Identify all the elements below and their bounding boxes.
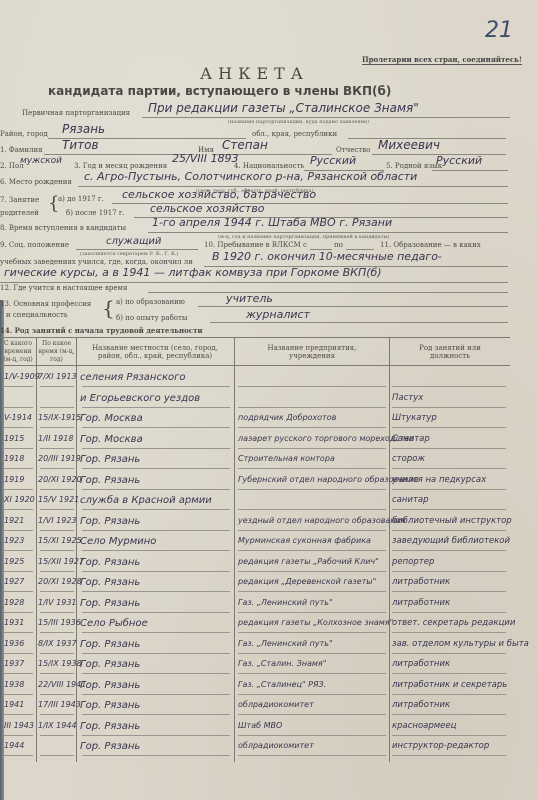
table-cell-place: Гор. Рязань <box>80 659 140 670</box>
row-line <box>3 673 33 674</box>
birth-value: 25/VIII 1893 <box>172 152 238 165</box>
row-line <box>392 468 506 469</box>
header-to: По какое время (м-ц, год) <box>37 340 76 364</box>
candidate-line <box>148 232 508 233</box>
row-line <box>238 509 386 510</box>
col-divider <box>389 337 390 762</box>
row-line <box>82 509 230 510</box>
row-line <box>238 612 386 613</box>
surname-value: Титов <box>62 138 99 152</box>
table-cell-position: инструктор-редактор <box>392 741 489 751</box>
row-line <box>40 448 74 449</box>
table-cell-place: Село Рыбное <box>80 618 148 629</box>
sex-value: мужской <box>20 156 62 166</box>
table-cell-place: Гор. Рязань <box>80 680 140 691</box>
col-divider <box>76 337 77 762</box>
table-cell-to: 15/XII 1927 <box>38 557 76 566</box>
row-line <box>82 571 230 572</box>
row-line <box>3 489 33 490</box>
row-line <box>82 448 230 449</box>
table-cell-from: 1923 <box>4 536 36 545</box>
table-cell-to: 15/IX 1938 <box>38 659 76 668</box>
row-line <box>3 571 33 572</box>
native-lang-value: Русский <box>436 154 482 167</box>
row-line <box>238 694 386 695</box>
table-cell-org: лазарет русского торгового мореходства <box>238 434 414 443</box>
table-cell-from: 1944 <box>4 741 36 750</box>
nationality-label: 4. Национальность <box>234 162 304 170</box>
col-divider <box>234 337 235 762</box>
table-cell-place: Гор. Рязань <box>80 598 140 609</box>
table-cell-to: 20/XI 1920 <box>38 475 76 484</box>
parents-after-label: б) после 1917 г. <box>66 209 125 217</box>
row-line <box>3 714 33 715</box>
row-line <box>40 489 74 490</box>
row-line <box>82 550 230 551</box>
birthplace-label: 6. Место рождения <box>0 178 72 186</box>
row-line <box>40 468 74 469</box>
row-line <box>3 448 33 449</box>
table-cell-from: 1937 <box>4 659 36 668</box>
row-line <box>82 468 230 469</box>
table-cell-position: Санитар <box>392 434 430 444</box>
district-value: Рязань <box>62 122 105 136</box>
table-cell-position: красноармеец <box>392 721 456 731</box>
table-cell-to: 15/XI 1925 <box>38 536 76 545</box>
table-cell-place: Гор. Рязань <box>80 741 140 752</box>
row-line <box>238 755 386 756</box>
table-cell-position: Пастух <box>392 393 423 403</box>
row-line <box>238 653 386 654</box>
table-cell-org: Газ. „Сталин. Знамя" <box>238 659 326 668</box>
table-cell-org: редакция газеты „Колхозное знамя" <box>238 618 393 627</box>
table-cell-to: 7/XI 1913 <box>38 372 76 381</box>
row-line <box>238 468 386 469</box>
table-cell-org: Строительная контора <box>238 454 335 463</box>
table-cell-org: Газ. „Сталинец" РЯЗ. <box>238 680 326 689</box>
header-position: Род занятий или должность <box>400 344 500 360</box>
table-cell-position: библиотечный инструктор <box>392 516 512 526</box>
table-cell-org: редакция „Деревенской газеты" <box>238 577 376 586</box>
profession-exp-value: журналист <box>246 308 310 321</box>
row-line <box>82 735 230 736</box>
table-cell-from: 1/V-1909 <box>4 372 36 381</box>
parents-label-1: 7. Занятие <box>0 196 39 204</box>
social-value: служащий <box>106 236 161 247</box>
table-cell-position: литработник <box>392 700 450 710</box>
studying-line <box>148 292 508 293</box>
table-cell-place: Гор. Рязань <box>80 721 140 732</box>
table-cell-position: Штукатур <box>392 413 437 423</box>
row-line <box>3 386 33 387</box>
row-line <box>40 386 74 387</box>
row-line <box>392 386 506 387</box>
table-cell-position: литработник <box>392 598 450 608</box>
table-cell-place: служба в Красной армии <box>80 495 212 506</box>
row-line <box>82 653 230 654</box>
primary-org-line <box>142 117 510 118</box>
profession-label-1: 13. Основная профессия <box>0 300 91 308</box>
table-cell-place: Гор. Москва <box>80 413 143 424</box>
header-place: Название местности (село, город, район, … <box>80 344 230 360</box>
row-line <box>3 468 33 469</box>
row-line <box>40 653 74 654</box>
row-line <box>392 550 506 551</box>
row-line <box>3 550 33 551</box>
header-from: С какого времени (м-ц, год) <box>0 340 36 364</box>
row-line <box>3 530 33 531</box>
table-cell-from: 1928 <box>4 598 36 607</box>
row-line <box>40 591 74 592</box>
table-cell-org: Штаб МВО <box>238 721 282 730</box>
profession-exp-label: б) по опыту работы <box>116 314 187 322</box>
table-cell-to: 15/IX-1915 <box>38 413 76 422</box>
row-line <box>82 612 230 613</box>
table-cell-from: 1921 <box>4 516 36 525</box>
table-cell-position: заведующий библиотекой <box>392 536 510 546</box>
table-cell-place: Село Мурмино <box>80 536 156 547</box>
table-cell-position: литработник и секретарь <box>392 680 507 690</box>
form-title: АНКЕТА <box>200 64 309 83</box>
table-cell-position: зав. отделом культуры и быта <box>392 639 529 649</box>
row-line <box>40 550 74 551</box>
table-cell-to: 15/V 1921 <box>38 495 76 504</box>
candidate-label: 8. Время вступления в кандидаты <box>0 224 126 232</box>
table-cell-place: Гор. Рязань <box>80 516 140 527</box>
table-cell-place: и Егорьевского уездов <box>80 393 200 404</box>
education-line-2 <box>0 282 508 283</box>
row-line <box>392 591 506 592</box>
native-lang-line <box>432 170 508 171</box>
education-label-2: учебных заведениях учился, где, когда, о… <box>0 258 193 266</box>
birth-label: 3. Год и месяц рождения <box>74 162 167 170</box>
table-cell-place: Гор. Рязань <box>80 475 140 486</box>
row-line <box>82 755 230 756</box>
table-cell-org: облрадиокомитет <box>238 741 314 750</box>
birthplace-line <box>78 186 508 187</box>
row-line <box>238 714 386 715</box>
table-cell-from: XI 1920 <box>4 495 36 504</box>
row-line <box>238 407 386 408</box>
parents-before-label: а) до 1917 г. <box>58 195 104 203</box>
native-lang-label: 5. Родной язык <box>386 162 442 170</box>
table-cell-position: учился на педкурсах <box>392 475 486 485</box>
row-line <box>392 694 506 695</box>
row-line <box>392 653 506 654</box>
slogan: Пролетарии всех стран, соединяйтесь! <box>362 55 522 65</box>
studying-label: 12. Где учится в настоящее время <box>0 284 127 292</box>
komsomol-label: 10. Пребывание в ВЛКСМ с <box>204 241 307 249</box>
row-line <box>40 509 74 510</box>
row-line <box>392 448 506 449</box>
table-cell-from: 1919 <box>4 475 36 484</box>
row-line <box>40 427 74 428</box>
table-cell-from: 1915 <box>4 434 36 443</box>
district-label: Район, город <box>0 130 48 138</box>
table-cell-org: Газ. „Ленинский путь" <box>238 639 333 648</box>
profession-edu-label: а) по образованию <box>116 298 185 306</box>
primary-org-hint: (название парторганизации, куда подано з… <box>228 119 369 125</box>
header-org: Название предприятия, учреждения <box>250 344 374 360</box>
primary-org-value: При редакции газеты „Сталинское Знамя" <box>148 101 419 115</box>
row-line <box>238 448 386 449</box>
row-line <box>3 427 33 428</box>
table-cell-to: 22/VIII 1941 <box>38 680 76 689</box>
row-line <box>82 632 230 633</box>
row-line <box>3 509 33 510</box>
row-line <box>82 489 230 490</box>
table-cell-place: Гор. Рязань <box>80 577 140 588</box>
row-line <box>392 673 506 674</box>
table-cell-place: Гор. Рязань <box>80 454 140 465</box>
row-line <box>392 714 506 715</box>
page-number: 21 <box>485 18 513 43</box>
table-cell-place: Гор. Рязань <box>80 639 140 650</box>
table-cell-from: 1925 <box>4 557 36 566</box>
row-line <box>40 530 74 531</box>
table-cell-from: 1938 <box>4 680 36 689</box>
row-line <box>238 673 386 674</box>
row-line <box>82 427 230 428</box>
table-cell-position: сторож <box>392 454 425 464</box>
table-cell-to: 15/III 1936 <box>38 618 76 627</box>
table-cell-from: 1936 <box>4 639 36 648</box>
brace-2: { <box>102 296 115 320</box>
birthplace-value: с. Агро-Пустынь, Солотчинского р-на, Ряз… <box>84 170 417 183</box>
table-cell-org: уездный отдел народного образования <box>238 516 406 525</box>
form-subtitle: кандидата партии, вступающего в члены ВК… <box>48 84 391 98</box>
table-cell-to: 20/III 1919 <box>38 454 76 463</box>
education-value-2: гические курсы, а в 1941 — литфак комвуз… <box>4 266 382 279</box>
row-line <box>3 755 33 756</box>
komsomol-mid: по <box>334 241 343 249</box>
row-line <box>82 386 230 387</box>
col-divider <box>36 337 37 762</box>
row-line <box>82 714 230 715</box>
social-label: 9. Соц. положение <box>0 241 69 249</box>
row-line <box>82 530 230 531</box>
social-line <box>76 249 198 250</box>
row-line <box>40 571 74 572</box>
row-line <box>238 550 386 551</box>
row-line <box>40 694 74 695</box>
row-line <box>3 591 33 592</box>
table-cell-place: Гор. Рязань <box>80 700 140 711</box>
candidate-hint: (м-ц, год и название парторганизации, пр… <box>218 234 389 240</box>
table-cell-to: 17/III 1943 <box>38 700 76 709</box>
table-cell-position: литработник <box>392 577 450 587</box>
row-line <box>238 735 386 736</box>
table-cell-to: 20/XI 1928 <box>38 577 76 586</box>
profession-label-2: и специальность <box>6 311 68 319</box>
row-line <box>238 427 386 428</box>
row-line <box>3 653 33 654</box>
patronymic-value: Михеевич <box>378 138 440 152</box>
work-history-label: 14. Род занятий с начала трудовой деятел… <box>0 326 203 335</box>
row-line <box>392 612 506 613</box>
table-cell-from: 1918 <box>4 454 36 463</box>
row-line <box>82 673 230 674</box>
table-cell-place: селения Рязанского <box>80 372 185 383</box>
social-hint: (заполняется секретарем Р. К., Г. К.) <box>80 251 178 257</box>
parents-label-2: родителей <box>0 209 39 217</box>
table-cell-to: 1/II 1918 <box>38 434 76 443</box>
row-line <box>238 386 386 387</box>
row-line <box>392 489 506 490</box>
row-line <box>392 632 506 633</box>
row-line <box>3 632 33 633</box>
name-value: Степан <box>222 138 268 152</box>
row-line <box>82 591 230 592</box>
table-cell-to: 1/VI 1923 <box>38 516 76 525</box>
profession-edu-line <box>198 306 508 307</box>
table-cell-position: ответ. секретарь редакции <box>392 618 515 628</box>
table-cell-position: репортер <box>392 557 434 567</box>
candidate-value: 1-го апреля 1944 г. Штаба МВО г. Рязани <box>152 216 392 229</box>
table-cell-place: Гор. Москва <box>80 434 143 445</box>
table-cell-to: 8/IX 1937 <box>38 639 76 648</box>
row-line <box>238 571 386 572</box>
parents-after-value: сельское хозяйство <box>150 202 265 215</box>
patronymic-label: Отчество <box>336 146 370 154</box>
row-line <box>40 612 74 613</box>
nationality-value: Русский <box>310 154 356 167</box>
row-line <box>238 489 386 490</box>
table-cell-place: Гор. Рязань <box>80 557 140 568</box>
row-line <box>40 407 74 408</box>
table-cell-from: V-1914 <box>4 413 36 422</box>
row-line <box>40 714 74 715</box>
profession-edu-value: учитель <box>226 292 273 305</box>
row-line <box>40 673 74 674</box>
row-line <box>392 530 506 531</box>
row-line <box>40 632 74 633</box>
table-cell-position: литработник <box>392 659 450 669</box>
row-line <box>3 612 33 613</box>
primary-org-label: Первичная парторганизация <box>22 109 130 117</box>
parents-before-value: сельское хозяйство, батрачество <box>122 188 316 201</box>
education-value-1: В 1920 г. окончил 10-месячные педаго- <box>212 250 442 263</box>
table-cell-org: Мурминская суконная фабрика <box>238 536 371 545</box>
table-cell-position: санитар <box>392 495 429 505</box>
row-line <box>238 530 386 531</box>
region-label: обл., края, республики <box>252 130 337 138</box>
row-line <box>238 591 386 592</box>
row-line <box>40 735 74 736</box>
row-line <box>392 735 506 736</box>
table-cell-from: 1941 <box>4 700 36 709</box>
table-cell-to: 1/IX 1944 <box>38 721 76 730</box>
row-line <box>392 755 506 756</box>
row-line <box>3 407 33 408</box>
table-cell-org: облрадиокомитет <box>238 700 314 709</box>
education-label: 11. Образование — в каких <box>380 241 481 249</box>
profession-exp-line <box>210 322 508 323</box>
table-cell-from: 1931 <box>4 618 36 627</box>
row-line <box>392 407 506 408</box>
table-cell-from: III 1943 <box>4 721 36 730</box>
row-line <box>82 407 230 408</box>
row-line <box>40 755 74 756</box>
table-cell-org: подрядчик Доброхотов <box>238 413 336 422</box>
table-cell-org: Газ. „Ленинский путь" <box>238 598 333 607</box>
row-line <box>82 694 230 695</box>
row-line <box>392 571 506 572</box>
table-cell-org: редакция газеты „Рабочий Клич" <box>238 557 379 566</box>
row-line <box>238 632 386 633</box>
surname-label: 1. Фамилия <box>0 146 43 154</box>
row-line <box>392 427 506 428</box>
row-line <box>3 735 33 736</box>
table-cell-to: 1/IV 1931 <box>38 598 76 607</box>
row-line <box>392 509 506 510</box>
row-line <box>3 694 33 695</box>
table-cell-from: 1927 <box>4 577 36 586</box>
